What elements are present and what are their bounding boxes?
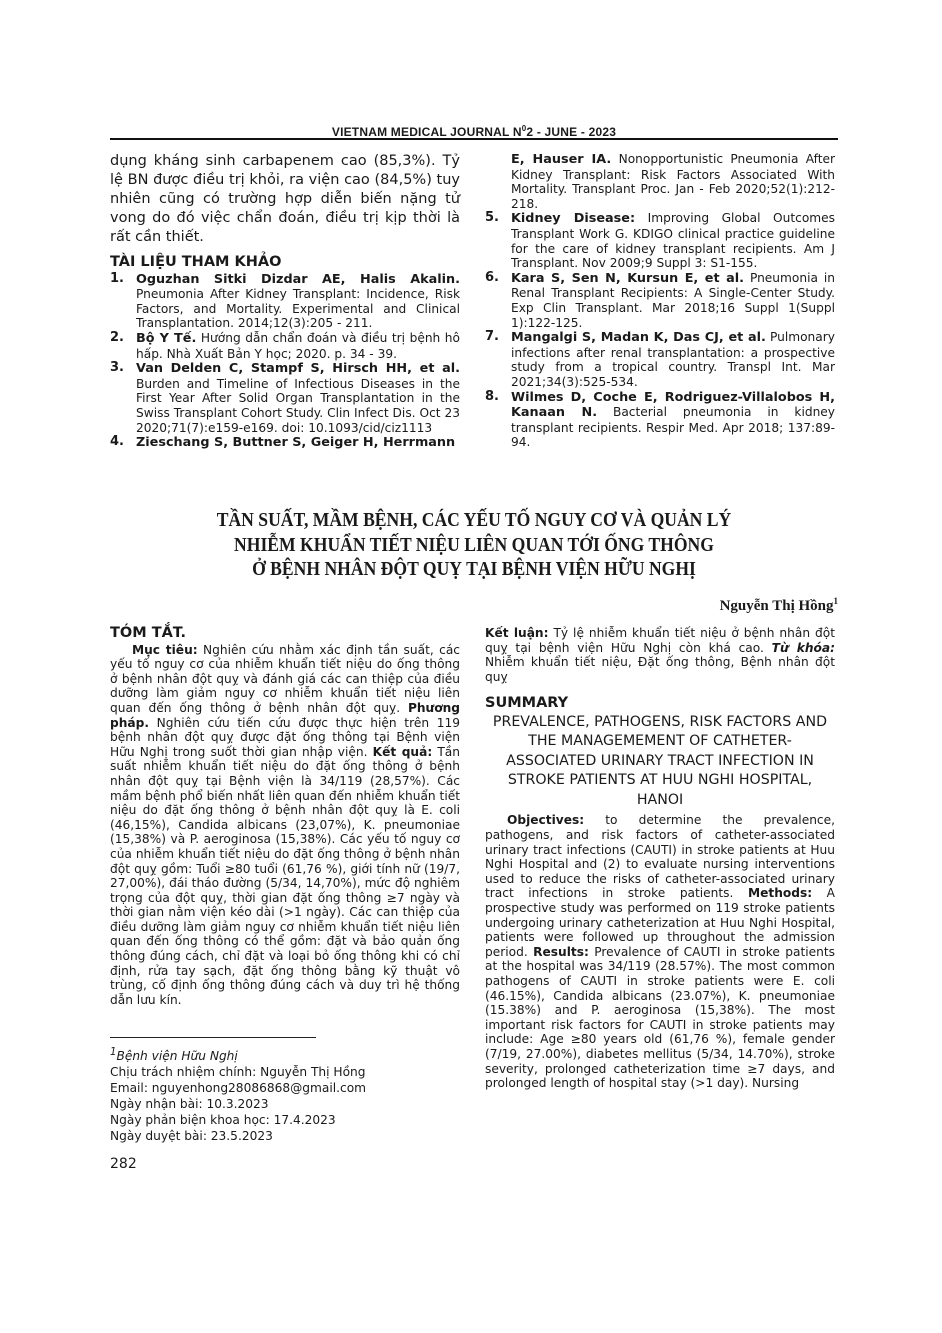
affiliation: 1Bệnh viện Hữu Nghị [110, 1045, 470, 1064]
header-rule [110, 138, 838, 140]
abstract-vietnamese: TÓM TẮT. Mục tiêu: Nghiên cứu nhằm xác đ… [110, 626, 460, 1007]
journal-page: VIETNAM MEDICAL JOURNAL N02 - JUNE - 202… [110, 0, 838, 1333]
reference-item: 3.Van Delden C, Stampf S, Hirsch HH, et … [110, 361, 460, 435]
abstract-vi-results: Tần suất nhiễm khuẩn tiết niệu do đặt ốn… [110, 745, 460, 1007]
reference-item: 1.Oguzhan Sitki Dizdar AE, Halis Akalin.… [110, 272, 460, 331]
title-line: NHIỄM KHUẨN TIẾT NIỆU LIÊN QUAN TỚI ỐNG … [154, 533, 795, 558]
reference-item: 8.Wilmes D, Coche E, Rodriguez-Villalobo… [485, 390, 835, 450]
footnotes: 1Bệnh viện Hữu Nghị Chịu trách nhiệm chí… [110, 1045, 470, 1144]
right-column-top: E, Hauser IA. Nonopportunistic Pneumonia… [485, 152, 835, 450]
summary-title: PREVALENCE, PATHOGENS, RISK FACTORS AND … [485, 713, 835, 811]
reference-item: 2.Bộ Y Tế. Hướng dẫn chẩn đoán và điều t… [110, 331, 460, 361]
email: Email: nguyenhong28086868@gmail.com [110, 1080, 470, 1096]
previous-article-conclusion: dụng kháng sinh carbapenem cao (85,3%). … [110, 152, 460, 247]
issue-date: 2 - JUNE - 2023 [526, 125, 616, 139]
abstract-heading: TÓM TẮT. [110, 626, 460, 641]
left-column-top: dụng kháng sinh carbapenem cao (85,3%). … [110, 152, 460, 451]
journal-name: VIETNAM MEDICAL JOURNAL N [332, 125, 522, 139]
references-heading: TÀI LIỆU THAM KHẢO [110, 255, 460, 270]
reference-item: 5.Kidney Disease: Improving Global Outco… [485, 211, 835, 270]
references-list-right: E, Hauser IA. Nonopportunistic Pneumonia… [485, 152, 835, 450]
abstract-vi-conclusion: Kết luận: Tỷ lệ nhiễm khuẩn tiết niệu ở … [485, 626, 835, 684]
abstract-right-column: Kết luận: Tỷ lệ nhiễm khuẩn tiết niệu ở … [485, 626, 835, 1091]
title-line: Ở BỆNH NHÂN ĐỘT QUỴ TẠI BỆNH VIỆN HỮU NG… [154, 557, 795, 582]
running-head: VIETNAM MEDICAL JOURNAL N02 - JUNE - 202… [110, 124, 838, 139]
references-list-left: 1.Oguzhan Sitki Dizdar AE, Halis Akalin.… [110, 272, 460, 451]
summary-heading: SUMMARY [485, 696, 835, 711]
footnote-rule [110, 1037, 316, 1038]
date-received: Ngày nhận bài: 10.3.2023 [110, 1096, 470, 1112]
article-author: Nguyễn Thị Hồng1 [720, 596, 838, 615]
corresponding-author: Chịu trách nhiệm chính: Nguyễn Thị Hồng [110, 1064, 470, 1080]
reference-item: 4.Zieschang S, Buttner S, Geiger H, Herr… [110, 435, 460, 451]
reference-item: 6.Kara S, Sen N, Kursun E, et al. Pneumo… [485, 271, 835, 330]
reference-item: 7.Mangalgi S, Madan K, Das CJ, et al. Pu… [485, 330, 835, 389]
title-line: TẦN SUẤT, MẦM BỆNH, CÁC YẾU TỐ NGUY CƠ V… [154, 508, 795, 533]
date-accepted: Ngày duyệt bài: 23.5.2023 [110, 1128, 470, 1144]
reference-item: E, Hauser IA. Nonopportunistic Pneumonia… [485, 152, 835, 211]
article-title: TẦN SUẤT, MẦM BỆNH, CÁC YẾU TỐ NGUY CƠ V… [154, 508, 795, 582]
page-number: 282 [110, 1156, 137, 1172]
abstract-vi-body: Mục tiêu: Nghiên cứu nhằm xác định tần s… [110, 643, 460, 1008]
date-reviewed: Ngày phản biện khoa học: 17.4.2023 [110, 1112, 470, 1128]
abstract-en-body: Objectives: to determine the prevalence,… [485, 813, 835, 1090]
